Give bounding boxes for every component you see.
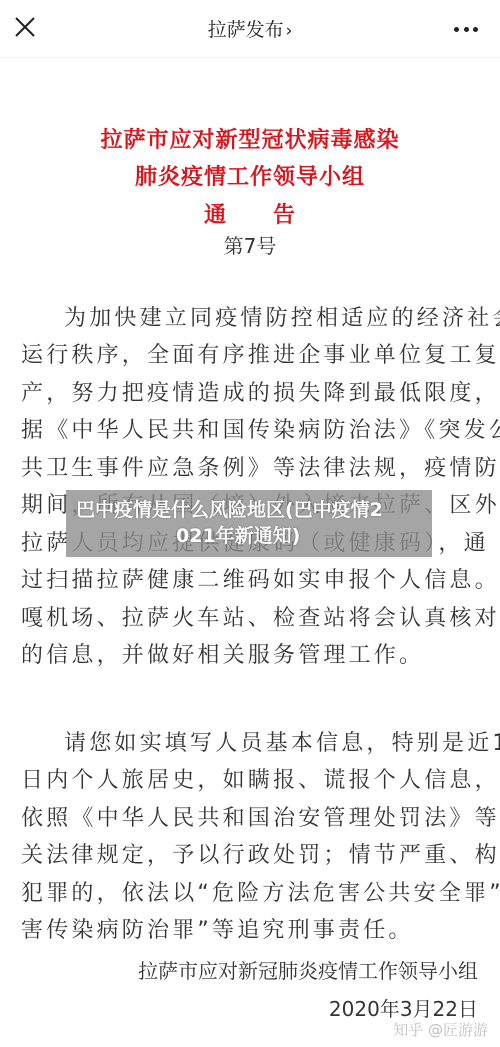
overlay-title-line-2: 021年新通知) (76, 523, 426, 549)
paragraph-1-line: 嘎机场、拉萨火车站、检查站将会认真核对您 (21, 606, 481, 632)
paragraph-2-line: 请您如实填写人员基本信息，特别是近14 (64, 731, 500, 757)
notice-title-line-3: 通 告 (0, 198, 500, 229)
paragraph-1-line: 产，努力把疫情造成的损失降到最低限度，依 (21, 381, 481, 407)
paragraph-1-line: 运行秩序，全面有序推进企事业单位复工复 (21, 343, 481, 369)
paragraph-2-line: 害传染病防治罪”等追究刑事责任。 (21, 918, 481, 944)
paragraph-1-line: 据《中华人民共和国传染病防治法》《突发公 (21, 418, 481, 444)
account-name: 拉萨发布 (208, 19, 284, 41)
paragraph-2-line: 关法律规定，予以行政处罚；情节严重、构成 (21, 843, 481, 869)
more-dot-icon (454, 27, 459, 32)
paragraph-1-line: 为加快建立同疫情防控相适应的经济社会 (64, 306, 500, 332)
signature: 拉萨市应对新冠肺炎疫情工作领导小组 (138, 955, 478, 984)
paragraph-2-line: 日内个人旅居史，如瞒报、谎报个人信息，将 (21, 768, 481, 794)
paragraph-1-line: 过扫描拉萨健康二维码如实申报个人信息。贡 (21, 568, 481, 594)
paragraph-1-line: 共卫生事件应急条例》等法律法规，疫情防控 (21, 456, 481, 482)
more-dot-icon (473, 27, 478, 32)
paragraph-1-line: 的信息，并做好相关服务管理工作。 (21, 643, 481, 669)
top-bar: 拉萨发布› (0, 0, 500, 58)
article-title-overlay[interactable]: 巴中疫情是什么风险地区(巴中疫情2 021年新通知) (66, 490, 432, 557)
notice-title-line-1: 拉萨市应对新型冠状病毒感染 (0, 123, 500, 154)
overlay-title: 巴中疫情是什么风险地区(巴中疫情2 021年新通知) (76, 497, 426, 549)
watermark: 知乎 @匠游游 (393, 1019, 488, 1040)
more-options-button[interactable] (454, 27, 478, 33)
account-title-link[interactable]: 拉萨发布› (0, 15, 500, 42)
notice-number: 第7号 (0, 230, 500, 259)
notice-title-line-2: 肺炎疫情工作领导小组 (0, 160, 500, 191)
paragraph-2-line: 依照《中华人民共和国治安管理处罚法》等相 (21, 806, 481, 832)
date: 2020年3月22日 (329, 993, 478, 1022)
overlay-title-line-1: 巴中疫情是什么风险地区(巴中疫情2 (76, 499, 383, 521)
paragraph-2-line: 犯罪的，依法以“危险方法危害公共安全罪”“妨 (21, 881, 481, 907)
more-dot-icon (464, 27, 469, 32)
chevron-right-icon: › (286, 21, 293, 41)
